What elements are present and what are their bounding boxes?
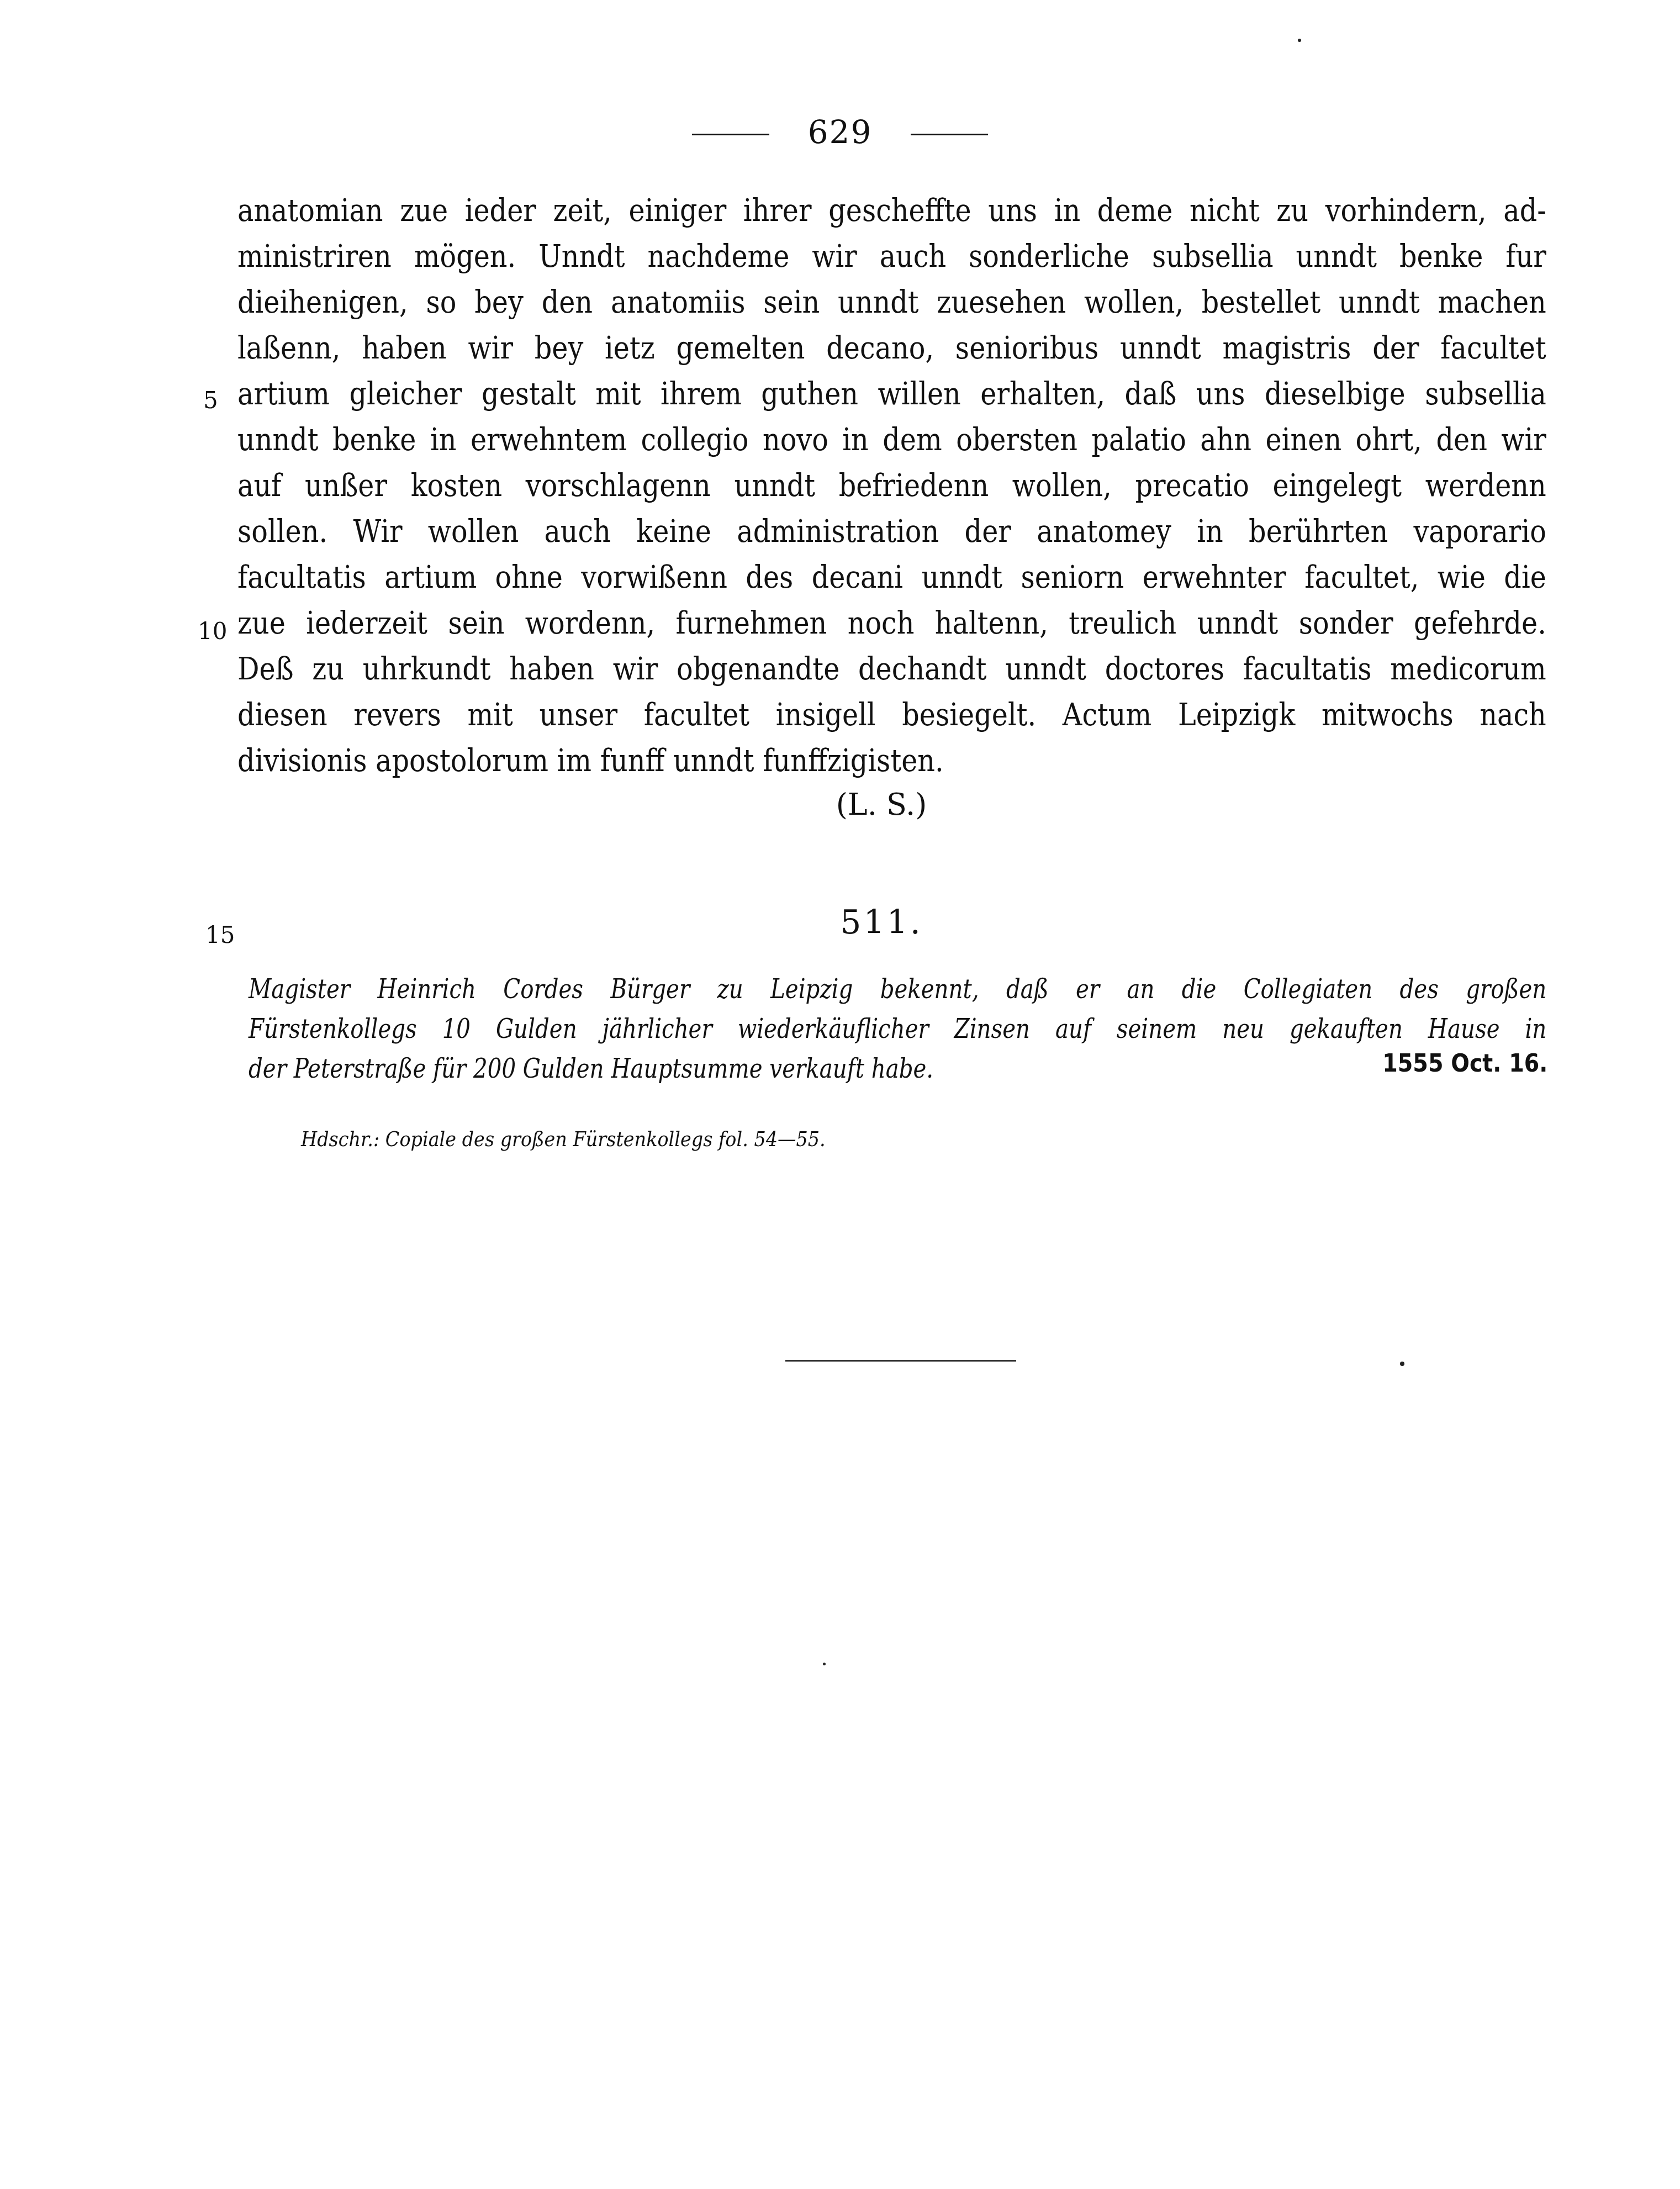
regest-line: Fürstenkollegs 10 Gulden jährlicher wied… xyxy=(249,1009,1546,1049)
scan-speck xyxy=(1298,39,1301,42)
text-line: anatomian zue ieder zeit, einiger ihrer … xyxy=(237,188,1546,234)
scan-speck xyxy=(823,1663,826,1665)
text-line: sollen. Wir wollen auch keine administra… xyxy=(237,509,1546,555)
seal-mark: (L. S.) xyxy=(0,787,1680,822)
regest-line: der Peterstraße für 200 Gulden Hauptsumm… xyxy=(249,1049,1546,1089)
regest: Magister Heinrich Cordes Bürger zu Leipz… xyxy=(249,969,1546,1089)
text-line: zue iederzeit sein wordenn, furnehmen no… xyxy=(237,600,1546,646)
page-header: 629 xyxy=(0,113,1680,151)
scan-speck xyxy=(1400,1362,1404,1366)
text-line: ministriren mögen. Unndt nachdeme wir au… xyxy=(237,234,1546,279)
section-end-rule xyxy=(785,1360,1016,1362)
document-date: 1555 Oct. 16. xyxy=(1382,1049,1547,1078)
page-number: 629 xyxy=(808,113,873,151)
line-number: 5 xyxy=(203,387,218,414)
text-line: facultatis artium ohne vorwißenn des dec… xyxy=(237,555,1546,600)
line-number: 10 xyxy=(198,618,227,645)
text-line: artium gleicher gestalt mit ihrem guthen… xyxy=(237,371,1546,417)
document-body: anatomian zue ieder zeit, einiger ihrer … xyxy=(237,188,1546,784)
header-rule-right xyxy=(911,134,988,135)
text-line: divisionis apostolorum im funff unndt fu… xyxy=(237,738,1546,784)
document-number: 511. xyxy=(0,903,1680,942)
text-line: unndt benke in erwehntem collegio novo i… xyxy=(237,417,1546,463)
text-line: diesen revers mit unser facultet insigel… xyxy=(237,692,1546,738)
text-line: dieihenigen, so bey den anatomiis sein u… xyxy=(237,279,1546,325)
header-rule-left xyxy=(692,134,769,135)
text-line: auf unßer kosten vorschlagenn unndt befr… xyxy=(237,463,1546,509)
regest-line: Magister Heinrich Cordes Bürger zu Leipz… xyxy=(249,969,1546,1009)
text-line: laßenn, haben wir bey ietz gemelten deca… xyxy=(237,325,1546,371)
text-line: Deß zu uhrkundt haben wir obgenandte dec… xyxy=(237,646,1546,692)
source-note: Hdschr.: Copiale des großen Fürstenkolle… xyxy=(301,1127,826,1151)
